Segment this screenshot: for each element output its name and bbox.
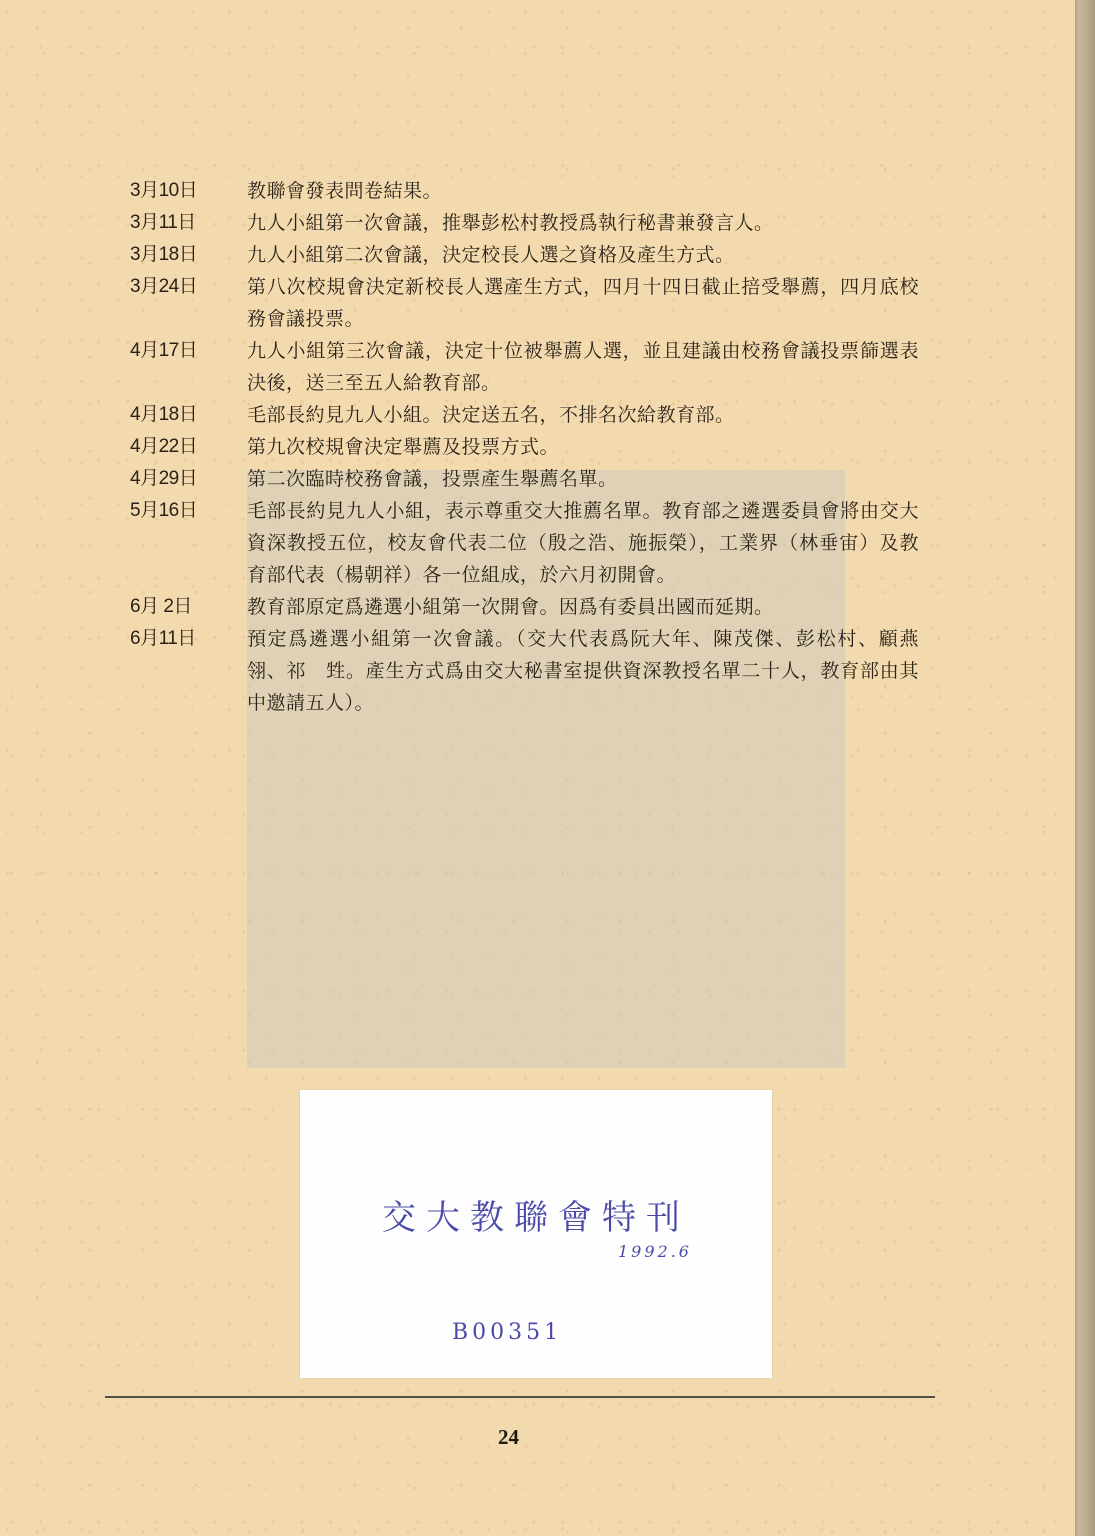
entry-date: 4月22日 [130,431,247,463]
entry-text: 第九次校規會決定舉薦及投票方式。 [247,431,919,463]
timeline-entry: 4月18日毛部長約見九人小組。決定送五名，不排名次給教育部。 [130,399,930,431]
entry-text: 九人小組第二次會議，決定校長人選之資格及產生方式。 [247,239,919,271]
entry-date: 6月 2日 [130,591,247,623]
entry-text: 毛部長約見九人小組，表示尊重交大推薦名單。教育部之遴選委員會將由交大資深教授五位… [247,495,919,591]
entry-date: 6月11日 [130,623,247,719]
entry-date: 4月29日 [130,463,247,495]
timeline-entry: 4月17日九人小組第三次會議，決定十位被舉薦人選，並且建議由校務會議投票篩選表決… [130,335,930,399]
footer-rule [105,1396,935,1398]
entry-text: 第二次臨時校務會議，投票產生舉薦名單。 [247,463,919,495]
timeline-entry: 4月29日第二次臨時校務會議，投票產生舉薦名單。 [130,463,930,495]
book-spine-edge [1075,0,1095,1536]
entry-date: 4月18日 [130,399,247,431]
entry-text: 第八次校規會決定新校長人選產生方式，四月十四日截止掊受舉薦，四月底校務會議投票。 [247,271,919,335]
timeline-entry: 6月 2日教育部原定爲遴選小組第一次開會。因爲有委員出國而延期。 [130,591,930,623]
entry-text: 毛部長約見九人小組。決定送五名，不排名次給教育部。 [247,399,919,431]
timeline-entry: 3月18日九人小組第二次會議，決定校長人選之資格及產生方式。 [130,239,930,271]
timeline-entry: 3月10日教聯會發表問卷結果。 [130,175,930,207]
entry-date: 3月24日 [130,271,247,335]
entry-date: 5月16日 [130,495,247,591]
entry-text: 九人小組第三次會議，決定十位被舉薦人選，並且建議由校務會議投票篩選表決後，送三至… [247,335,919,399]
entry-text: 教聯會發表問卷結果。 [247,175,919,207]
entry-text: 預定爲遴選小組第一次會議。（交大代表爲阮大年、陳茂傑、彭松村、顧燕翎、祁 甡。產… [247,623,919,719]
timeline-entry: 3月24日第八次校規會決定新校長人選產生方式，四月十四日截止掊受舉薦，四月底校務… [130,271,930,335]
card-date: 1992.6 [618,1242,692,1261]
page-number: 24 [498,1425,519,1450]
card-catalog-code: B00351 [452,1320,562,1345]
entry-text: 九人小組第一次會議，推舉彭松村教授爲執行秘書兼發言人。 [247,207,919,239]
entry-date: 4月17日 [130,335,247,399]
timeline-entry: 5月16日毛部長約見九人小組，表示尊重交大推薦名單。教育部之遴選委員會將由交大資… [130,495,930,591]
entry-date: 3月18日 [130,239,247,271]
timeline-list: 3月10日教聯會發表問卷結果。 3月11日九人小組第一次會議，推舉彭松村教授爲執… [130,175,930,719]
timeline-entry: 6月11日預定爲遴選小組第一次會議。（交大代表爲阮大年、陳茂傑、彭松村、顧燕翎、… [130,623,930,719]
entry-date: 3月10日 [130,175,247,207]
archive-label-card: 交大教聯會特刊 1992.6 B00351 [300,1090,772,1378]
entry-text: 教育部原定爲遴選小組第一次開會。因爲有委員出國而延期。 [247,591,919,623]
timeline-entry: 3月11日九人小組第一次會議，推舉彭松村教授爲執行秘書兼發言人。 [130,207,930,239]
entry-date: 3月11日 [130,207,247,239]
card-title: 交大教聯會特刊 [382,1190,690,1239]
timeline-entry: 4月22日第九次校規會決定舉薦及投票方式。 [130,431,930,463]
